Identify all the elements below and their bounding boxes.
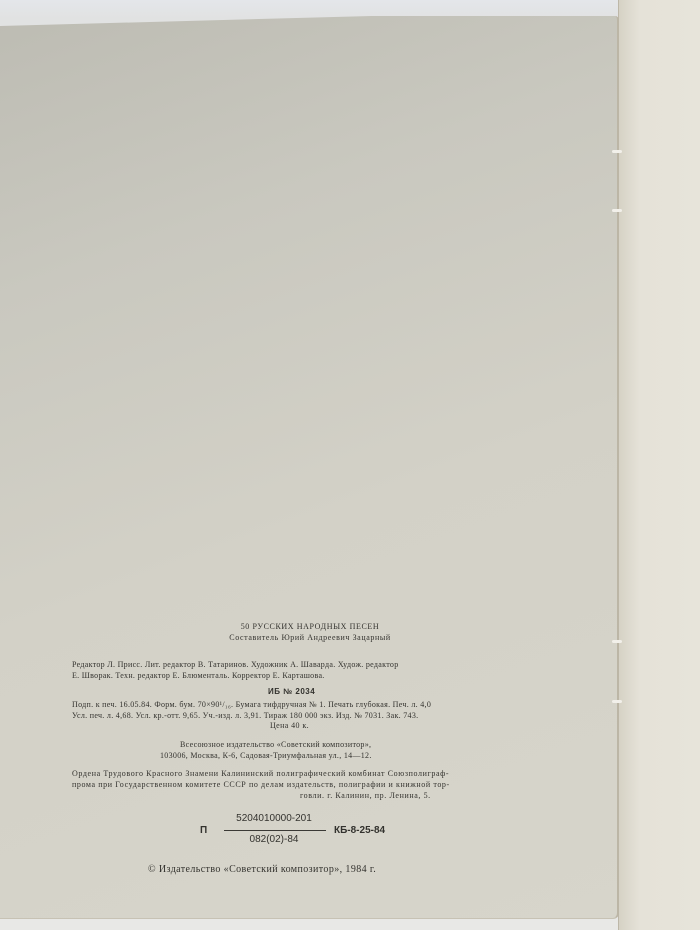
code-prefix: П [200,825,207,836]
credits-line-2: Е. Шворак. Техн. редактор Е. Блюменталь.… [72,670,602,681]
publisher-line-2: 103006, Москва, К-6, Садовая-Триумфальна… [160,750,480,761]
print-info-line-1: Подп. к печ. 16.05.84. Форм. бум. 70×90¹… [72,699,602,710]
staple-top [612,150,622,153]
staple-bottom [612,640,622,643]
staple-bottom-lower [612,700,622,703]
printer-info: Ордена Трудового Красного Знамени Калини… [72,768,602,801]
printer-line-2: прома при Государственном комитете СССР … [72,779,602,790]
credits-line-1: Редактор Л. Присс. Лит. редактор В. Тата… [72,659,602,670]
code-suffix: КБ-8-25-84 [334,825,385,836]
price: Цена 40 к. [270,721,309,730]
fraction-line [224,830,326,831]
catalog-code: П 5204010000-201 082(02)-84 КБ-8-25-84 [200,813,440,853]
facing-page [618,0,700,930]
staple-top-lower [612,209,622,212]
copyright-notice: © Издательство «Советский композитор», 1… [148,864,376,875]
code-numerator: 5204010000-201 [224,813,324,824]
printer-line-3: говли. г. Калинин, пр. Ленина, 5. [72,790,602,801]
print-info-line-2: Усл. печ. л. 4,68. Усл. кр.-отт. 9,65. У… [72,710,602,721]
code-denominator: 082(02)-84 [224,834,324,845]
imprint-title-block: 50 РУССКИХ НАРОДНЫХ ПЕСЕН Составитель Юр… [180,621,440,643]
compiler: Составитель Юрий Андреевич Зацарный [180,632,440,643]
printer-line-1: Ордена Трудового Красного Знамени Калини… [72,768,602,779]
editorial-credits: Редактор Л. Присс. Лит. редактор В. Тата… [72,659,602,681]
book-title: 50 РУССКИХ НАРОДНЫХ ПЕСЕН [180,621,440,632]
print-specifications: Подп. к печ. 16.05.84. Форм. бум. 70×90¹… [72,699,602,721]
ib-number: ИБ № 2034 [268,687,315,696]
publisher-address: Всесоюзное издательство «Советский компо… [160,739,480,761]
publisher-line-1: Всесоюзное издательство «Советский компо… [160,739,480,750]
